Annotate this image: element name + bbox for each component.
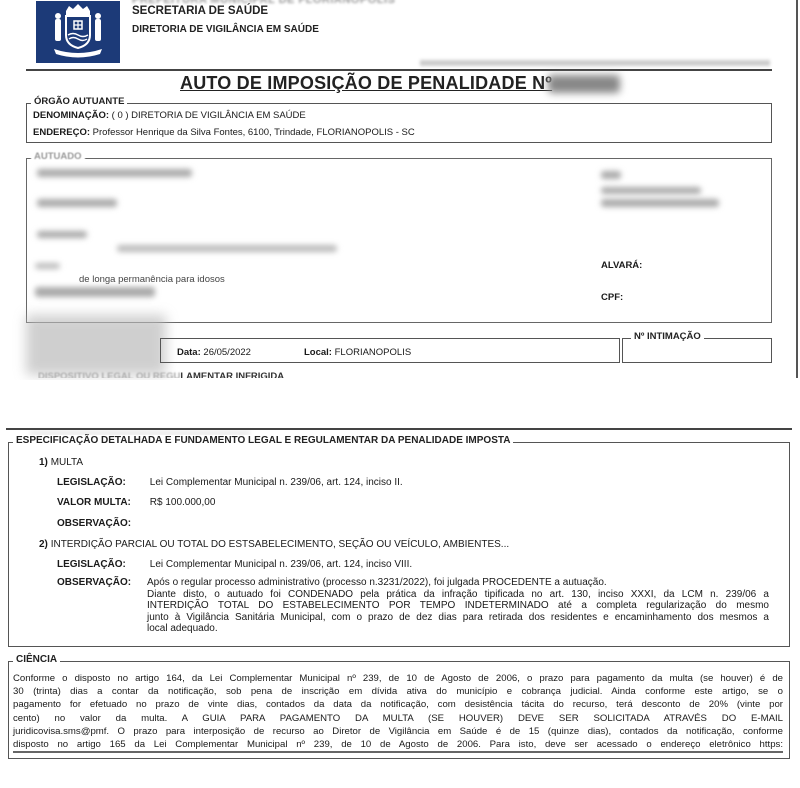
section-divider (6, 428, 792, 430)
item-title: MULTA (51, 457, 83, 468)
observacao-label: OBSERVAÇÃO: (57, 518, 131, 529)
diretoria-heading: DIRETORIA DE VIGILÂNCIA EM SAÚDE (132, 24, 319, 35)
penalty-item-1-valor: VALOR MULTA: R$ 100.000,00 (57, 497, 215, 508)
local-field: Local: FLORIANOPOLIS (304, 347, 411, 358)
data-value: 26/05/2022 (203, 347, 251, 358)
redacted-field (35, 287, 155, 297)
header-divider (26, 69, 772, 71)
observacao-line: local adequado. (147, 623, 769, 635)
ciencia-text: Conforme o disposto no artigo 164, da Le… (13, 672, 783, 751)
ciencia-line: pagamento for efetuado no prazo de vinte… (13, 698, 783, 711)
penalty-item-2-observacao-label: OBSERVAÇÃO: (57, 577, 131, 588)
ciencia-line: cento) no valor da multa. A GUIA PARA PA… (13, 712, 783, 725)
penalty-item-1-legislacao: LEGISLAÇÃO: Lei Complementar Municipal n… (57, 477, 403, 488)
legislacao-value: Lei Complementar Municipal n. 239/06, ar… (150, 559, 412, 570)
orgao-autuante-section: ÓRGÃO AUTUANTE DENOMINAÇÃO: ( 0 ) DIRETO… (26, 103, 772, 143)
data-label: Data: (177, 347, 201, 358)
ciencia-line: disposto no artigo 165 da Lei Complement… (13, 738, 783, 751)
autuado-section: AUTUADO de longa permanência para idosos… (26, 158, 772, 323)
dispositivo-heading-cut: DISPOSITIVO LEGAL OU REGULAMENTAR INFRIG… (38, 371, 284, 378)
alvara-label: ALVARÁ: (601, 260, 642, 271)
endereco-label: ENDEREÇO: (33, 127, 90, 138)
cpf-label: CPF: (601, 292, 623, 303)
local-label: Local: (304, 347, 332, 358)
ciencia-underline (13, 751, 783, 753)
ciencia-line: 30 (trinta) dias a contar da notificação… (13, 685, 783, 698)
legislacao-label: LEGISLAÇÃO: (57, 559, 147, 570)
redacted-field (37, 169, 192, 177)
redacted-area (26, 315, 166, 375)
item-title: INTERDIÇÃO PARCIAL OU TOTAL DO ESTSABELE… (51, 539, 509, 550)
redacted-field (35, 263, 60, 269)
penalty-item-2-observacao-text: Após o regular processo administrativo (… (147, 577, 769, 635)
document-fragment-bottom: ESPECIFICAÇÃO DETALHADA E FUNDAMENTO LEG… (0, 380, 800, 788)
especificacao-section: ESPECIFICAÇÃO DETALHADA E FUNDAMENTO LEG… (8, 442, 790, 647)
denominacao-value: ( 0 ) DIRETORIA DE VIGILÂNCIA EM SAÚDE (112, 110, 306, 121)
item-number: 1) (39, 457, 48, 468)
observacao-line: Diante disto, o autuado foi CONDENADO pe… (147, 589, 769, 601)
redacted-field (601, 171, 621, 179)
document-fragment-top: PREFEITURA MUNICIPAL DE FLORIANÓPOLIS SE… (0, 0, 800, 380)
penalty-item-2-title: 2) INTERDIÇÃO PARCIAL OU TOTAL DO ESTSAB… (39, 539, 509, 550)
penalty-item-2-legislacao: LEGISLAÇÃO: Lei Complementar Municipal n… (57, 559, 412, 570)
ciencia-legend: CIÊNCIA (13, 654, 60, 665)
valor-multa-value: R$ 100.000,00 (150, 497, 216, 508)
municipal-coat-of-arms-icon (36, 1, 120, 63)
endereco-row: ENDEREÇO: Professor Henrique da Silva Fo… (33, 127, 415, 138)
denominacao-row: DENOMINAÇÃO: ( 0 ) DIRETORIA DE VIGILÂNC… (33, 110, 306, 121)
item-number: 2) (39, 539, 48, 550)
ciencia-section: CIÊNCIA Conforme o disposto no artigo 16… (8, 661, 790, 759)
issued-by-blurred (420, 60, 770, 66)
page-edge (796, 0, 798, 378)
observacao-line: junto à Vigilância Sanitária Municipal, … (147, 612, 769, 624)
valor-multa-label: VALOR MULTA: (57, 497, 147, 508)
redacted-field (37, 231, 87, 238)
dispositivo-visible: LAMENTAR INFRIGIDA (180, 371, 284, 378)
local-value: FLORIANOPOLIS (335, 347, 412, 358)
observacao-label: OBSERVAÇÃO: (57, 577, 131, 588)
redacted-field (117, 245, 337, 252)
observacao-line: INTERDIÇÃO TOTAL DO ESTABELECIMENTO POR … (147, 600, 769, 612)
redacted-field (37, 199, 117, 207)
penalty-item-1-observacao: OBSERVAÇÃO: (57, 518, 131, 529)
endereco-value: Professor Henrique da Silva Fontes, 6100… (93, 127, 415, 138)
ciencia-line: Conforme o disposto no artigo 164, da Le… (13, 672, 783, 685)
secretaria-heading: SECRETARIA DE SAÚDE (132, 5, 268, 17)
orgao-autuante-legend: ÓRGÃO AUTUANTE (31, 96, 127, 107)
legislacao-label: LEGISLAÇÃO: (57, 477, 147, 488)
document-title: AUTO DE IMPOSIÇÃO DE PENALIDADE Nº (180, 73, 552, 94)
intimacao-box: Nº INTIMAÇÃO (622, 338, 772, 363)
autuado-legend: AUTUADO (31, 151, 85, 162)
document-number-redacted (548, 75, 620, 93)
denominacao-label: DENOMINAÇÃO: (33, 110, 109, 121)
penalty-item-1-title: 1) MULTA (39, 457, 83, 468)
data-local-box: Data: 26/05/2022 Local: FLORIANOPOLIS (160, 338, 620, 363)
intimacao-legend: Nº INTIMAÇÃO (631, 331, 704, 342)
legislacao-value: Lei Complementar Municipal n. 239/06, ar… (150, 477, 403, 488)
dispositivo-faded: DISPOSITIVO LEGAL OU REGU (38, 371, 180, 378)
observacao-line: Após o regular processo administrativo (… (147, 577, 769, 589)
redacted-field (601, 187, 701, 194)
data-field: Data: 26/05/2022 (177, 347, 251, 358)
redacted-field (601, 199, 719, 207)
ciencia-line: juridicovisa.sms@pmf. O prazo para inter… (13, 725, 783, 738)
atividade-value: de longa permanência para idosos (79, 274, 225, 285)
especificacao-legend: ESPECIFICAÇÃO DETALHADA E FUNDAMENTO LEG… (13, 435, 513, 446)
